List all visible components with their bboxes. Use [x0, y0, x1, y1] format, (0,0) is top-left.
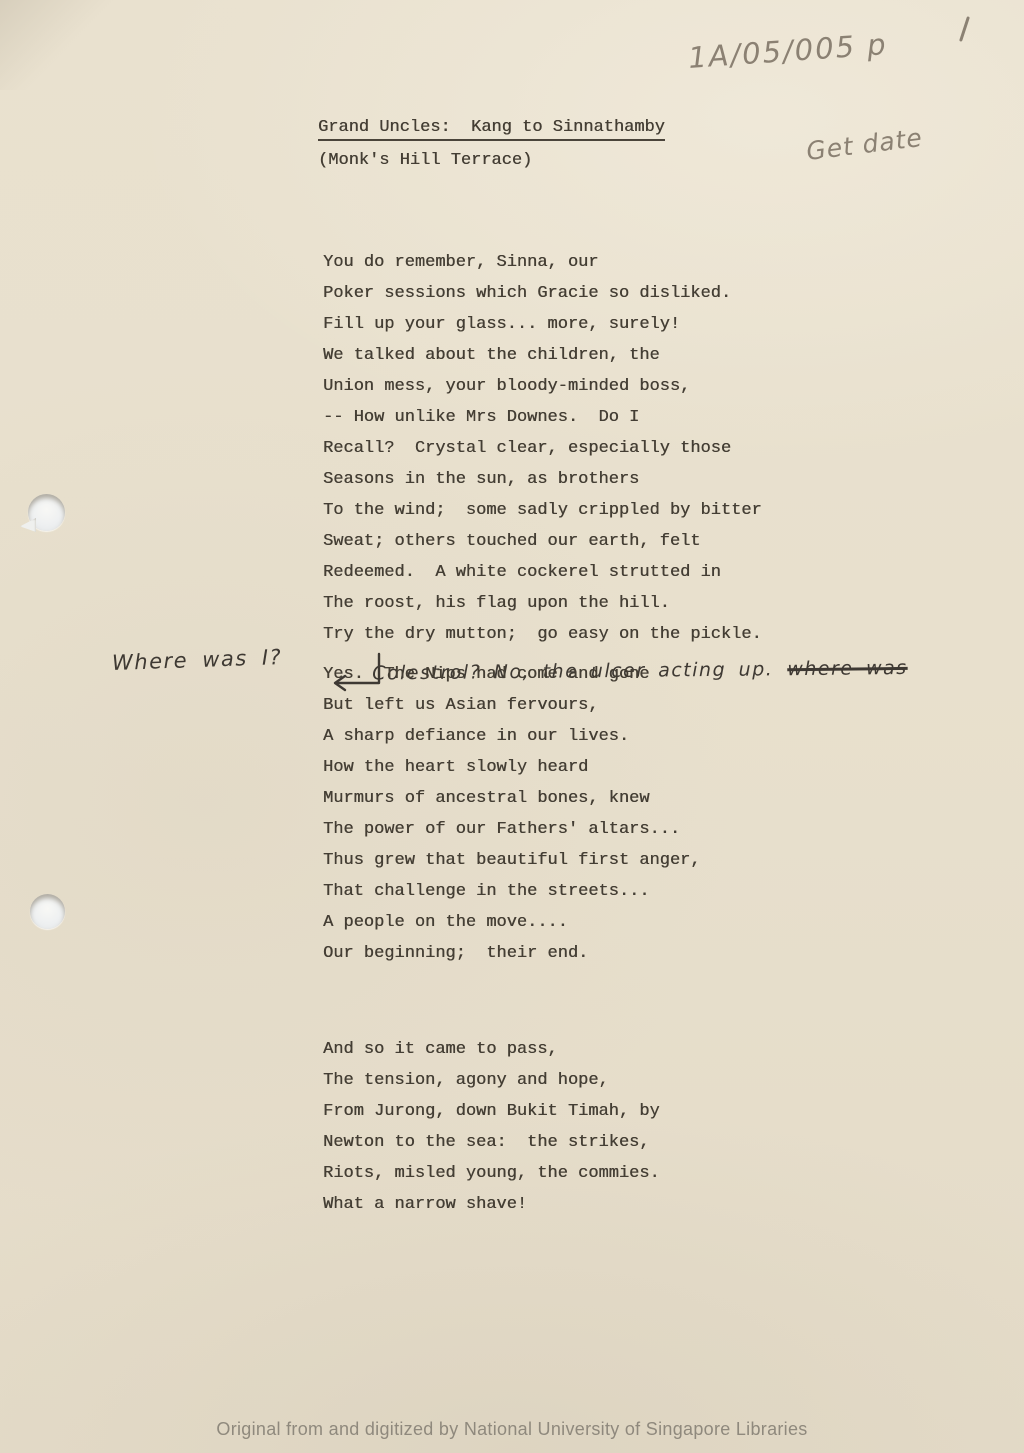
poem-line: Fill up your glass... more, surely!: [323, 309, 762, 340]
poem-line: But left us Asian fervours,: [323, 690, 700, 721]
poem-line: What a narrow shave!: [323, 1189, 660, 1220]
corner-pencil-mark: [959, 16, 970, 42]
page-title: Grand Uncles: Kang to Sinnathamby: [318, 118, 665, 141]
poem-line: -- How unlike Mrs Downes. Do I: [323, 402, 762, 433]
poem-line: The power of our Fathers' altars...: [323, 814, 700, 845]
poem-part-3: And so it came to pass,The tension, agon…: [323, 1034, 660, 1220]
poem-line: Sweat; others touched our earth, felt: [323, 526, 762, 557]
archival-code-note: 1A/05/005 p: [687, 27, 889, 75]
hole-punch-tear: [20, 518, 36, 532]
poem-line: You do remember, Sinna, our: [323, 247, 762, 278]
poem-line: Our beginning; their end.: [323, 938, 700, 969]
poem-line: From Jurong, down Bukit Timah, by: [323, 1096, 660, 1127]
poem-line: The roost, his flag upon the hill.: [323, 588, 762, 619]
digitization-watermark: Original from and digitized by National …: [0, 1419, 1024, 1440]
poem-line: To the wind; some sadly crippled by bitt…: [323, 495, 762, 526]
poem-line: A people on the move....: [323, 907, 700, 938]
hole-punch-bottom: [30, 894, 65, 929]
poem-line: Union mess, your bloody-minded boss,: [323, 371, 762, 402]
poem-line: Thus grew that beautiful first anger,: [323, 845, 700, 876]
get-date-note: Get date: [805, 123, 925, 166]
poem-line: How the heart slowly heard: [323, 752, 700, 783]
poem-line: We talked about the children, the: [323, 340, 762, 371]
poem-part-2: But left us Asian fervours,A sharp defia…: [323, 690, 700, 969]
poem-line: Seasons in the sun, as brothers: [323, 464, 762, 495]
poem-line: That challenge in the streets...: [323, 876, 700, 907]
poem-line: And so it came to pass,: [323, 1034, 660, 1065]
handwritten-insert-struck: where was: [787, 657, 908, 680]
title-block: Grand Uncles: Kang to Sinnathamby (Monk'…: [318, 118, 665, 170]
paper-crease: [0, 0, 120, 90]
poem-line: Recall? Crystal clear, especially those: [323, 433, 762, 464]
poem-line: Redeemed. A white cockerel strutted in: [323, 557, 762, 588]
margin-note: Where was I?: [112, 645, 283, 675]
insertion-arrow-icon: [326, 652, 390, 694]
poem-line: The tension, agony and hope,: [323, 1065, 660, 1096]
scanned-page: 1A/05/005 p Get date Grand Uncles: Kang …: [0, 0, 1024, 1453]
poem-part-1: You do remember, Sinna, ourPoker session…: [323, 247, 762, 650]
poem-line: A sharp defiance in our lives.: [323, 721, 700, 752]
poem-line: Murmurs of ancestral bones, knew: [323, 783, 700, 814]
poem-line: Riots, misled young, the commies.: [323, 1158, 660, 1189]
poem-line: Poker sessions which Gracie so disliked.: [323, 278, 762, 309]
poem-line: Newton to the sea: the strikes,: [323, 1127, 660, 1158]
page-subtitle: (Monk's Hill Terrace): [318, 151, 665, 170]
